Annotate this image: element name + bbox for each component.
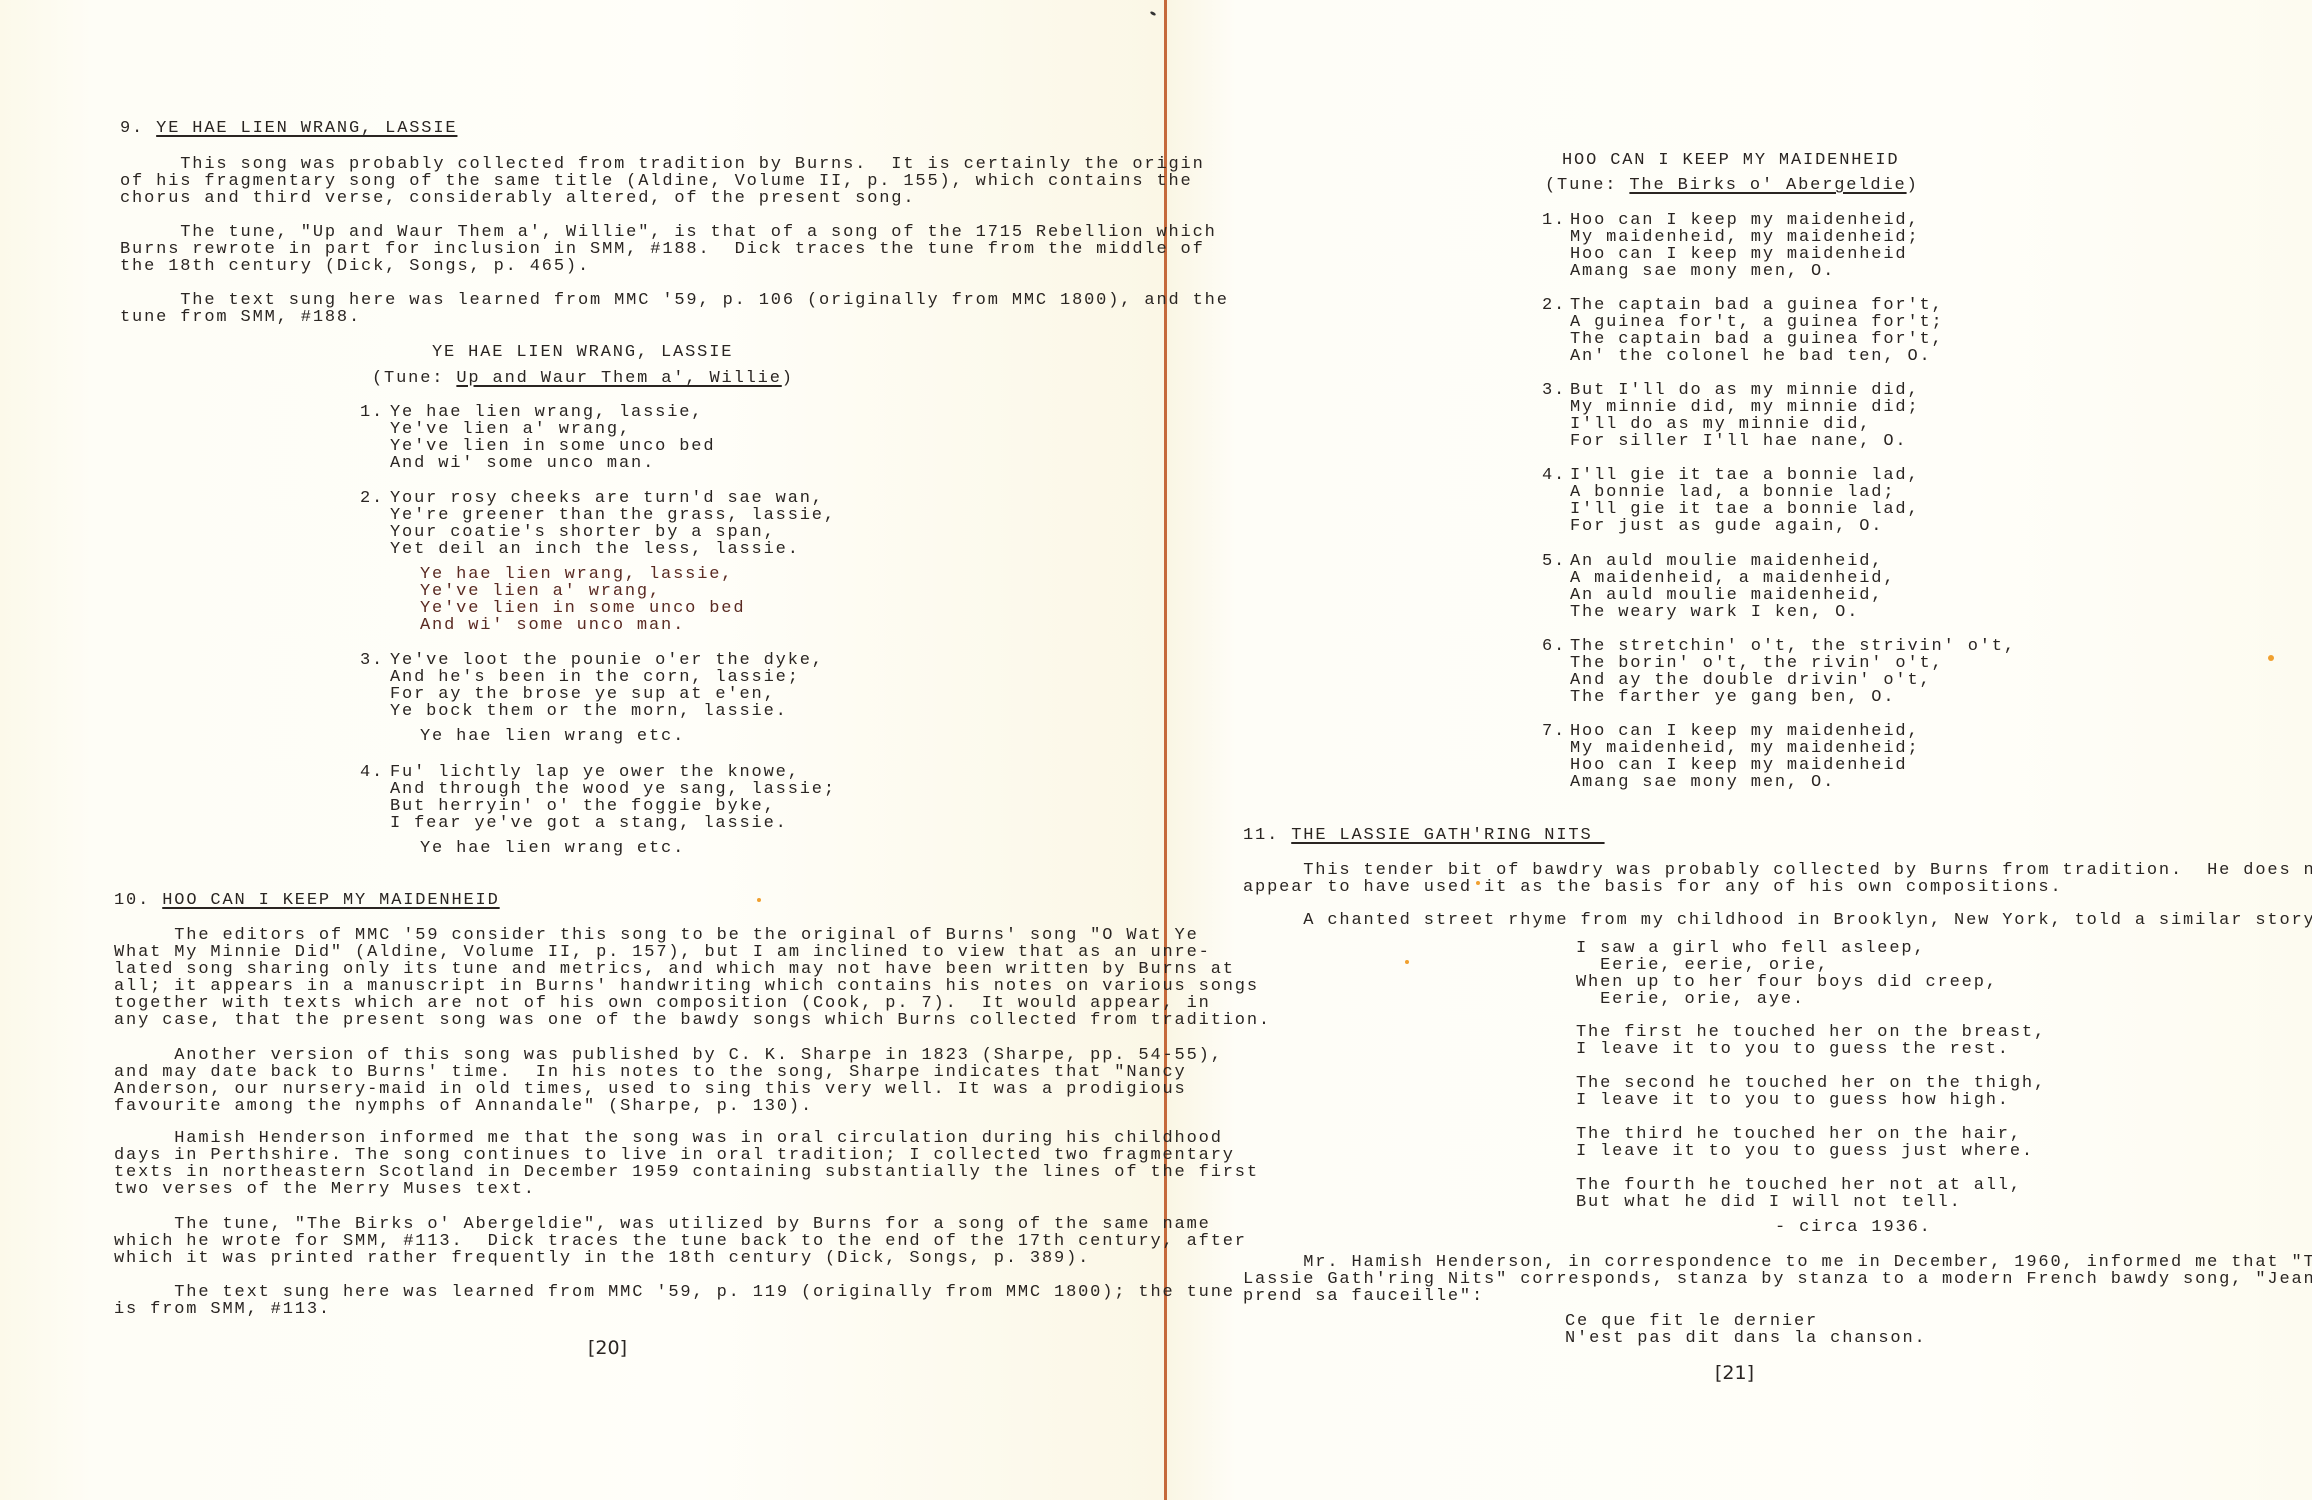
verse-line: I fear ye've got a stang, lassie. (390, 815, 788, 832)
verse-number: 2. (1542, 297, 1566, 314)
tune-suffix: ) (782, 369, 794, 388)
verse-line: Fu' lichtly lap ye ower the knowe, (390, 764, 800, 781)
paragraph-line: chorus and third verse, considerably alt… (120, 190, 915, 207)
rhyme-line: The first he touched her on the breast, (1576, 1024, 2046, 1041)
verse-number: 3. (360, 652, 384, 669)
verse-line: For just as gude again, O. (1570, 518, 1883, 535)
chorus-line: Ye hae lien wrang etc. (420, 840, 685, 857)
paragraph-line: The text sung here was learned from MMC … (120, 292, 1229, 309)
verse-line: An' the colonel he bad ten, O. (1570, 348, 1932, 365)
verse-line: An auld moulie maidenheid, (1570, 553, 1883, 570)
section-number: 10. (114, 891, 162, 910)
paragraph-line: the 18th century (Dick, Songs, p. 465). (120, 258, 590, 275)
paragraph-line: This song was probably collected from tr… (120, 156, 1205, 173)
rhyme-line: Eerie, orie, aye. (1576, 991, 1805, 1008)
verse-line: A bonnie lad, a bonnie lad; (1570, 484, 1895, 501)
paragraph-line: days in Perthshire. The song continues t… (114, 1147, 1235, 1164)
verse-line: My maidenheid, my maidenheid; (1570, 229, 1920, 246)
chorus-line: Ye've lien in some unco bed (420, 600, 745, 617)
paragraph-line: A chanted street rhyme from my childhood… (1243, 912, 2312, 929)
verse-number: 4. (360, 764, 384, 781)
rhyme-line: Eerie, eerie, orie, (1576, 957, 1829, 974)
french-quote-line: Ce que fit le dernier (1565, 1313, 1818, 1330)
paragraph-line: Another version of this song was publish… (114, 1047, 1223, 1064)
verse-line: I'll do as my minnie did, (1570, 416, 1871, 433)
rhyme-line: I leave it to you to guess how high. (1576, 1092, 2010, 1109)
french-quote-line: N'est pas dit dans la chanson. (1565, 1330, 1927, 1347)
verse-line: Ye've lien in some unco bed (390, 438, 715, 455)
song-title: HOO CAN I KEEP MY MAIDENHEID (1562, 152, 1899, 169)
verse-line: Ye've loot the pounie o'er the dyke, (390, 652, 824, 669)
stain-speck (757, 898, 761, 902)
paragraph-line: together with texts which are not of his… (114, 995, 1211, 1012)
tune-prefix: (Tune: (372, 369, 456, 388)
verse-line: For siller I'll hae nane, O. (1570, 433, 1907, 450)
section-heading-9: 9. YE HAE LIEN WRANG, LASSIE (120, 120, 457, 137)
section-heading-10: 10. HOO CAN I KEEP MY MAIDENHEID (114, 892, 500, 909)
paragraph-line: Burns rewrote in part for inclusion in S… (120, 241, 1205, 258)
paragraph-line: The tune, "Up and Waur Them a', Willie",… (120, 224, 1217, 241)
paragraph-line: and may date back to Burns' time. In his… (114, 1064, 1187, 1081)
verse-number: 1. (360, 404, 384, 421)
paragraph-line: Anderson, our nursery-maid in old times,… (114, 1081, 1187, 1098)
verse-line: And ay the double drivin' o't, (1570, 672, 1932, 689)
rhyme-line: The third he touched her on the hair, (1576, 1126, 2022, 1143)
verse-line: The captain bad a guinea for't, (1570, 297, 1944, 314)
verse-line: Amang sae mony men, O. (1570, 774, 1835, 791)
paragraph-line: prend sa fauceille": (1243, 1288, 1484, 1305)
verse-line: And wi' some unco man. (390, 455, 655, 472)
verse-line: The stretchin' o't, the strivin' o't, (1570, 638, 2016, 655)
tune-line: (Tune: Up and Waur Them a', Willie) (372, 370, 794, 387)
verse-line: A guinea for't, a guinea for't; (1570, 314, 1944, 331)
section-title: THE LASSIE GATH'RING NITS (1291, 826, 1604, 845)
verse-line: And he's been in the corn, lassie; (390, 669, 800, 686)
rhyme-line: I leave it to you to guess just where. (1576, 1143, 2034, 1160)
paragraph-line: This tender bit of bawdry was probably c… (1243, 862, 2312, 879)
stain-speck (2268, 655, 2274, 661)
section-title: YE HAE LIEN WRANG, LASSIE (156, 119, 457, 138)
paragraph-line: lated song sharing only its tune and met… (114, 961, 1235, 978)
paragraph-line: The text sung here was learned from MMC … (114, 1284, 1235, 1301)
tune-line: (Tune: The Birks o' Abergeldie) (1545, 177, 1919, 194)
verse-line: Your coatie's shorter by a span, (390, 524, 776, 541)
verse-number: 7. (1542, 723, 1566, 740)
paragraph-line: all; it appears in a manuscript in Burns… (114, 978, 1259, 995)
tune-name: Up and Waur Them a', Willie (456, 369, 781, 388)
section-number: 9. (120, 119, 156, 138)
song-title: YE HAE LIEN WRANG, LASSIE (432, 344, 733, 361)
verse-line: The weary wark I ken, O. (1570, 604, 1859, 621)
chorus-line: Ye hae lien wrang etc. (420, 728, 685, 745)
paragraph-line: tune from SMM, #188. (120, 309, 361, 326)
verse-number: 6. (1542, 638, 1566, 655)
verse-number: 4. (1542, 467, 1566, 484)
section-number: 11. (1243, 826, 1291, 845)
verse-line: Yet deil an inch the less, lassie. (390, 541, 800, 558)
chorus-line: Ye've lien a' wrang, (420, 583, 661, 600)
verse-line: Ye've lien a' wrang, (390, 421, 631, 438)
chorus-line: Ye hae lien wrang, lassie, (420, 566, 733, 583)
verse-number: 5. (1542, 553, 1566, 570)
section-heading-11: 11. THE LASSIE GATH'RING NITS (1243, 827, 1605, 844)
paragraph-line: What My Minnie Did" (Aldine, Volume II, … (114, 944, 1211, 961)
paragraph-line: which it was printed rather frequently i… (114, 1250, 1090, 1267)
rhyme-line: The fourth he touched her not at all, (1576, 1177, 2022, 1194)
paragraph-line: which he wrote for SMM, #113. Dick trace… (114, 1233, 1247, 1250)
verse-line: But herryin' o' the foggie byke, (390, 798, 776, 815)
verse-number: 1. (1542, 212, 1566, 229)
verse-line: I'll gie it tae a bonnie lad, (1570, 467, 1920, 484)
stain-speck (1405, 960, 1409, 964)
rhyme-line: But what he did I will not tell. (1576, 1194, 1962, 1211)
verse-line: Hoo can I keep my maidenheid (1570, 757, 1907, 774)
paragraph-line: Mr. Hamish Henderson, in correspondence … (1243, 1254, 2312, 1271)
verse-line: My minnie did, my minnie did; (1570, 399, 1920, 416)
attribution: - circa 1936. (1775, 1219, 1932, 1236)
page-number: [21] (1715, 1365, 1754, 1382)
tune-suffix: ) (1907, 176, 1919, 195)
verse-line: Hoo can I keep my maidenheid (1570, 246, 1907, 263)
verse-number: 3. (1542, 382, 1566, 399)
paragraph-line: Hamish Henderson informed me that the so… (114, 1130, 1223, 1147)
stain-speck (1476, 881, 1480, 885)
rhyme-line: I leave it to you to guess the rest. (1576, 1041, 2010, 1058)
verse-line: Ye're greener than the grass, lassie, (390, 507, 836, 524)
paragraph-line: of his fragmentary song of the same titl… (120, 173, 1193, 190)
verse-line: A maidenheid, a maidenheid, (1570, 570, 1895, 587)
rhyme-line: I saw a girl who fell asleep, (1576, 940, 1926, 957)
verse-line: An auld moulie maidenheid, (1570, 587, 1883, 604)
verse-line: The farther ye gang ben, O. (1570, 689, 1895, 706)
verse-line: Your rosy cheeks are turn'd sae wan, (390, 490, 824, 507)
paragraph-line: The editors of MMC '59 consider this son… (114, 927, 1199, 944)
page-number: [20] (588, 1340, 627, 1357)
paragraph-line: any case, that the present song was one … (114, 1012, 1271, 1029)
paragraph-line: is from SMM, #113. (114, 1301, 331, 1318)
paragraph-line: two verses of the Merry Muses text. (114, 1181, 536, 1198)
rhyme-line: When up to her four boys did creep, (1576, 974, 1998, 991)
verse-line: Ye bock them or the morn, lassie. (390, 703, 788, 720)
verse-line: But I'll do as my minnie did, (1570, 382, 1920, 399)
paragraph-line: appear to have used it as the basis for … (1243, 879, 2063, 896)
paragraph-line: The tune, "The Birks o' Abergeldie", was… (114, 1216, 1211, 1233)
verse-line: Amang sae mony men, O. (1570, 263, 1835, 280)
verse-number: 2. (360, 490, 384, 507)
verse-line: The borin' o't, the rivin' o't, (1570, 655, 1944, 672)
rhyme-line: The second he touched her on the thigh, (1576, 1075, 2046, 1092)
tune-prefix: (Tune: (1545, 176, 1629, 195)
chorus-line: And wi' some unco man. (420, 617, 685, 634)
paragraph-line: favourite among the nymphs of Annandale"… (114, 1098, 813, 1115)
verse-line: I'll gie it tae a bonnie lad, (1570, 501, 1920, 518)
verse-line: My maidenheid, my maidenheid; (1570, 740, 1920, 757)
section-title: HOO CAN I KEEP MY MAIDENHEID (162, 891, 499, 910)
paragraph-line: Lassie Gath'ring Nits" corresponds, stan… (1243, 1271, 2312, 1288)
verse-line: The captain bad a guinea for't, (1570, 331, 1944, 348)
verse-line: Ye hae lien wrang, lassie, (390, 404, 703, 421)
verse-line: Hoo can I keep my maidenheid, (1570, 723, 1920, 740)
verse-line: And through the wood ye sang, lassie; (390, 781, 836, 798)
verse-line: For ay the brose ye sup at e'en, (390, 686, 776, 703)
paragraph-line: texts in northeastern Scotland in Decemb… (114, 1164, 1259, 1181)
verse-line: Hoo can I keep my maidenheid, (1570, 212, 1920, 229)
tune-name: The Birks o' Abergeldie (1629, 176, 1906, 195)
